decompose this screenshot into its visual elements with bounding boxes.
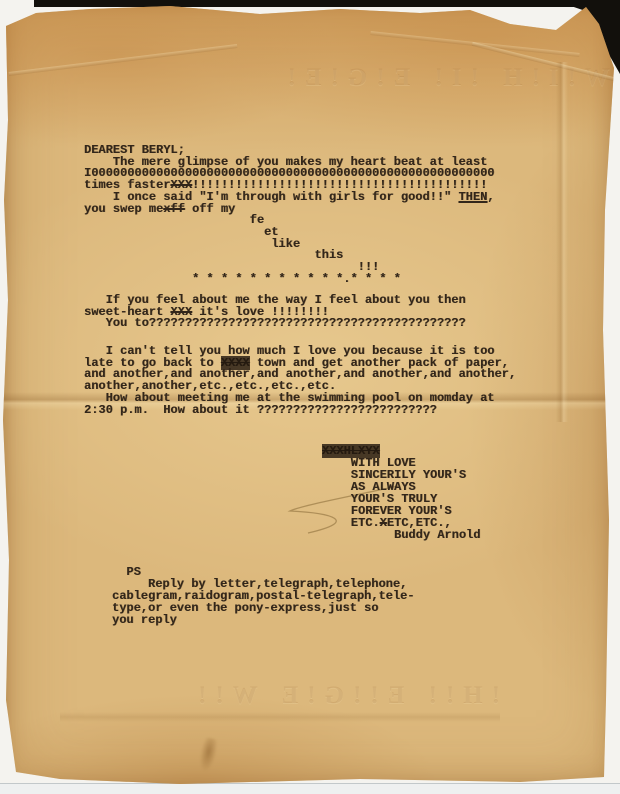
crease-line (370, 31, 579, 57)
scanner-background-top (34, 0, 620, 7)
letter-body-paragraph-3: I can't tell you how much I love you bec… (84, 346, 516, 416)
horizontal-fold-faint (60, 712, 500, 722)
letter-body-paragraph-1: DEAREST BERYL; The mere glimpse of you m… (84, 145, 494, 285)
aged-paper-sheet: W!I!H !I! E!G!E! !H!! E!!G!E W!! DEAREST… (0, 0, 620, 794)
paper-edge-mark (0, 300, 3, 312)
scanned-letter-page: W!I!H !I! E!G!E! !H!! E!!G!E W!! DEAREST… (0, 0, 620, 794)
scanner-background-bottom (0, 783, 620, 794)
bleedthrough-letterhead-bottom: !H!! E!!G!E W!! (80, 682, 500, 710)
letter-signature-block: XXXHLXYX WITH LOVE SINCERILY YOUR'S AS A… (322, 445, 480, 541)
paper-edge-mark (0, 338, 2, 366)
vertical-fold (556, 62, 568, 422)
ink-stain (197, 737, 220, 774)
letter-postscript: PS Reply by letter,telegraph,telephone,c… (112, 567, 414, 627)
crease-line (9, 44, 238, 76)
crease-line (472, 42, 619, 82)
letter-body-paragraph-2: If you feel about me the way I feel abou… (84, 295, 466, 330)
bleedthrough-letterhead-top: W!I!H !I! E!G!E! (10, 64, 610, 92)
